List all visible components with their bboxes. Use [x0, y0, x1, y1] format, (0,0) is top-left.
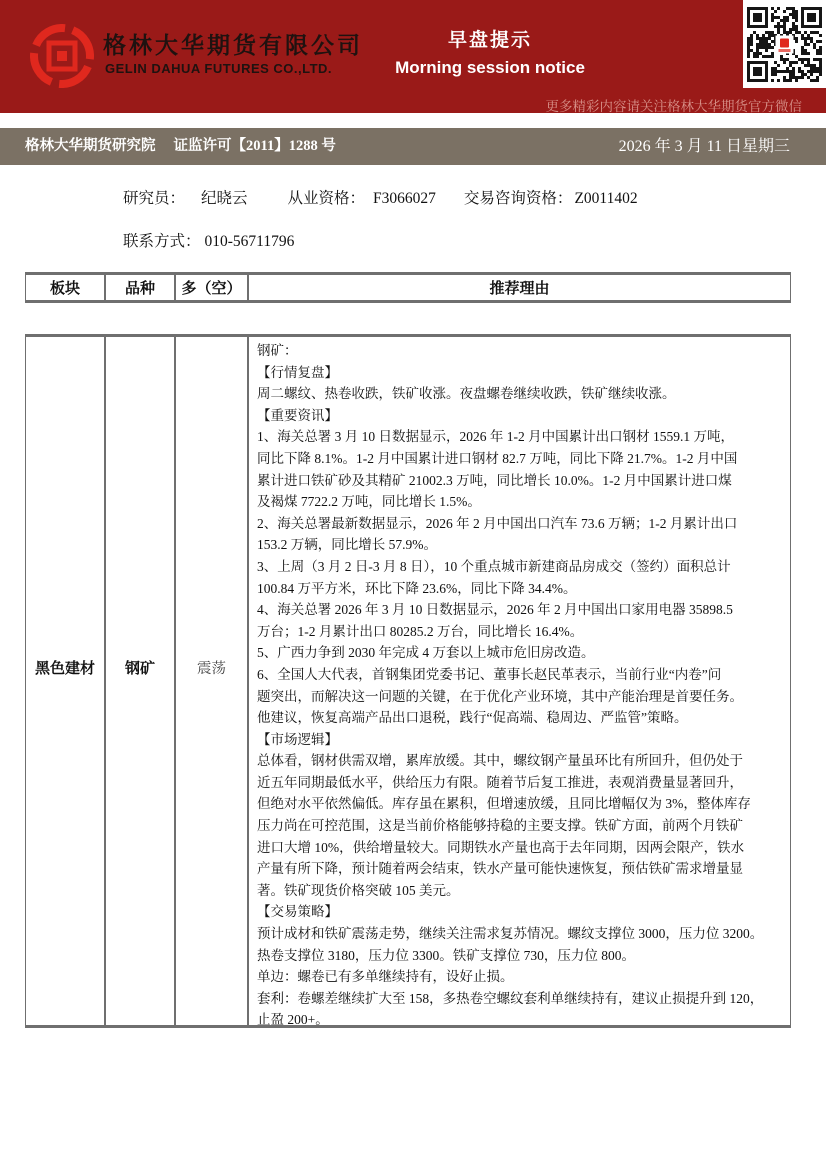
header-banner: 格林大华期货有限公司 GELIN DAHUA FUTURES CO.,LTD. … [0, 0, 826, 113]
header-direction: 多（空） [174, 275, 247, 300]
contact-label: 联系方式： [123, 233, 201, 250]
researcher-name: 纪晓云 [201, 190, 248, 207]
institute-bar: 格林大华期货研究院证监许可【2011】1288 号 2026 年 3 月 11 … [0, 128, 826, 165]
company-name-en: GELIN DAHUA FUTURES CO.,LTD. [105, 61, 332, 76]
cell-sector: 黑色建材 [26, 337, 104, 1025]
wechat-follow-note: 更多精彩内容请关注格林大华期货官方微信 [546, 95, 803, 115]
header-sector: 板块 [26, 275, 104, 300]
header-reason: 推荐理由 [247, 275, 790, 300]
cert-label: 从业资格： [288, 190, 366, 207]
cell-variety: 钢矿 [104, 337, 174, 1025]
company-name-cn: 格林大华期货有限公司 [103, 27, 363, 60]
contact-info-line: 联系方式：010-56711796 [123, 229, 294, 251]
table-row: 黑色建材 钢矿 震荡 钢矿： 【行情复盘】 周二螺纹、热卷收跌，铁矿收涨。夜盘螺… [25, 334, 791, 1028]
header-variety: 品种 [104, 275, 174, 300]
advisory-label: 交易咨询资格： [464, 190, 573, 207]
license-number: 证监许可【2011】1288 号 [174, 138, 336, 154]
contact-phone: 010-56711796 [205, 233, 295, 250]
wechat-qr-code-icon [743, 0, 826, 88]
cell-direction: 震荡 [174, 337, 247, 1025]
morning-notice-document: { "colors": { "banner_red": "#9a1a18", "… [0, 0, 826, 1169]
institute-name: 格林大华期货研究院 [25, 138, 156, 154]
cert-number: F3066027 [373, 190, 436, 207]
company-logo-icon [30, 24, 94, 88]
researcher-label: 研究员： [123, 190, 185, 207]
researcher-info-line: 研究员：纪晓云从业资格：F3066027交易咨询资格：Z0011402 [123, 186, 638, 208]
table-header-row: 板块 品种 多（空） 推荐理由 [25, 272, 791, 303]
advisory-number: Z0011402 [574, 190, 637, 207]
report-date: 2026 年 3 月 11 日星期三 [619, 128, 790, 165]
page-title: 早盘提示 [400, 25, 580, 52]
institute-license: 格林大华期货研究院证监许可【2011】1288 号 [25, 128, 354, 165]
page-subtitle: Morning session notice [380, 58, 600, 78]
cell-reason-text: 钢矿： 【行情复盘】 周二螺纹、热卷收跌，铁矿收涨。夜盘螺卷继续收跌，铁矿继续收… [247, 337, 790, 1025]
